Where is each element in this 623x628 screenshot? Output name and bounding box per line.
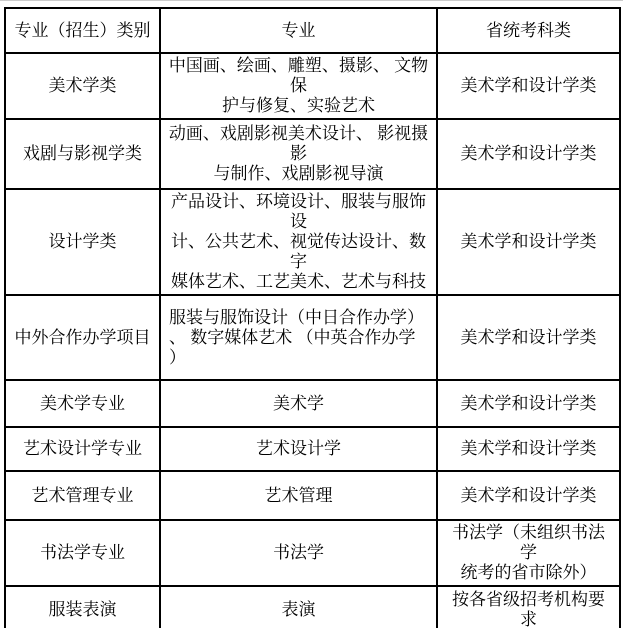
exam-type-cell: 美术学和设计学类 [437,427,620,471]
header-major: 专业 [160,8,437,53]
majors-cell: 动画、戏剧影视美术设计、 影视摄影 与制作、戏剧影视导演 [160,119,437,189]
majors-cell: 书法学 [160,520,437,586]
exam-type-cell: 书法学（未组织书法学 统考的省市除外） [437,520,620,586]
majors-cell: 美术学 [160,380,437,427]
category-cell: 服装表演 [5,586,160,628]
header-exam-type: 省统考科类 [437,8,620,53]
category-cell: 戏剧与影视学类 [5,119,160,189]
category-cell: 设计学类 [5,189,160,295]
admission-categories-table: 专业（招生）类别 专业 省统考科类 美术学类 中国画、绘画、雕塑、摄影、 文物保… [4,7,621,628]
category-cell: 书法学专业 [5,520,160,586]
exam-type-cell: 美术学和设计学类 [437,471,620,520]
table-row: 戏剧与影视学类 动画、戏剧影视美术设计、 影视摄影 与制作、戏剧影视导演 美术学… [5,119,620,189]
category-cell: 美术学类 [5,53,160,119]
majors-cell: 艺术设计学 [160,427,437,471]
exam-type-cell: 美术学和设计学类 [437,189,620,295]
table-row: 中外合作办学项目 服装与服饰设计（中日合作办学） 、 数字媒体艺术 （中英合作办… [5,295,620,380]
majors-cell: 中国画、绘画、雕塑、摄影、 文物保 护与修复、实验艺术 [160,53,437,119]
table-row: 艺术设计学专业 艺术设计学 美术学和设计学类 [5,427,620,471]
top-divider [0,0,623,1]
table-row: 艺术管理专业 艺术管理 美术学和设计学类 [5,471,620,520]
exam-type-cell: 按各省级招考机构要求 [437,586,620,628]
majors-cell: 服装与服饰设计（中日合作办学） 、 数字媒体艺术 （中英合作办学 ） [160,295,437,380]
majors-cell: 表演 [160,586,437,628]
exam-type-cell: 美术学和设计学类 [437,295,620,380]
category-cell: 美术学专业 [5,380,160,427]
table-row: 设计学类 产品设计、环境设计、服装与服饰设 计、公共艺术、视觉传达设计、数字 媒… [5,189,620,295]
table-row: 书法学专业 书法学 书法学（未组织书法学 统考的省市除外） [5,520,620,586]
category-cell: 艺术管理专业 [5,471,160,520]
category-cell: 中外合作办学项目 [5,295,160,380]
category-cell: 艺术设计学专业 [5,427,160,471]
header-category: 专业（招生）类别 [5,8,160,53]
table-row: 美术学类 中国画、绘画、雕塑、摄影、 文物保 护与修复、实验艺术 美术学和设计学… [5,53,620,119]
exam-type-cell: 美术学和设计学类 [437,119,620,189]
exam-type-cell: 美术学和设计学类 [437,53,620,119]
exam-type-cell: 美术学和设计学类 [437,380,620,427]
table-row: 美术学专业 美术学 美术学和设计学类 [5,380,620,427]
majors-cell: 艺术管理 [160,471,437,520]
header-row: 专业（招生）类别 专业 省统考科类 [5,8,620,53]
majors-cell: 产品设计、环境设计、服装与服饰设 计、公共艺术、视觉传达设计、数字 媒体艺术、工… [160,189,437,295]
table-row: 服装表演 表演 按各省级招考机构要求 [5,586,620,628]
